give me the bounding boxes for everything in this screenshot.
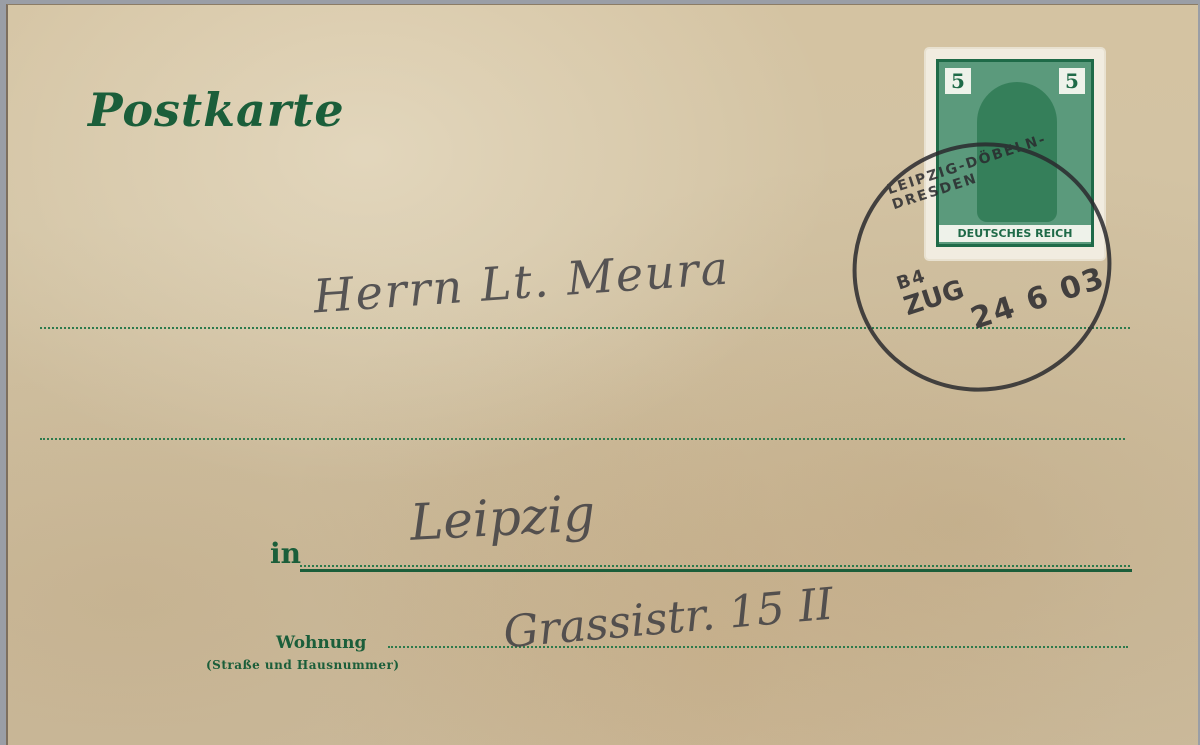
postmark-date: 24 6 03 (967, 261, 1110, 337)
handwritten-addressee: Herrn Lt. Meura (312, 241, 732, 324)
stamp-value-left: 5 (945, 68, 971, 94)
postcard: Postkarte in Wohnung (Straße und Hausnum… (6, 4, 1198, 745)
in-label: in (270, 537, 301, 570)
postcard-title: Postkarte (88, 83, 345, 137)
stamp-value-right: 5 (1059, 68, 1085, 94)
city-dotted-line (300, 565, 1130, 567)
address-line-2 (40, 438, 1125, 440)
handwritten-city: Leipzig (409, 484, 597, 552)
wohnung-sublabel: (Straße und Hausnummer) (206, 658, 400, 672)
residence-line (388, 646, 1128, 648)
wohnung-label: Wohnung (276, 633, 366, 653)
city-underline (300, 569, 1132, 572)
